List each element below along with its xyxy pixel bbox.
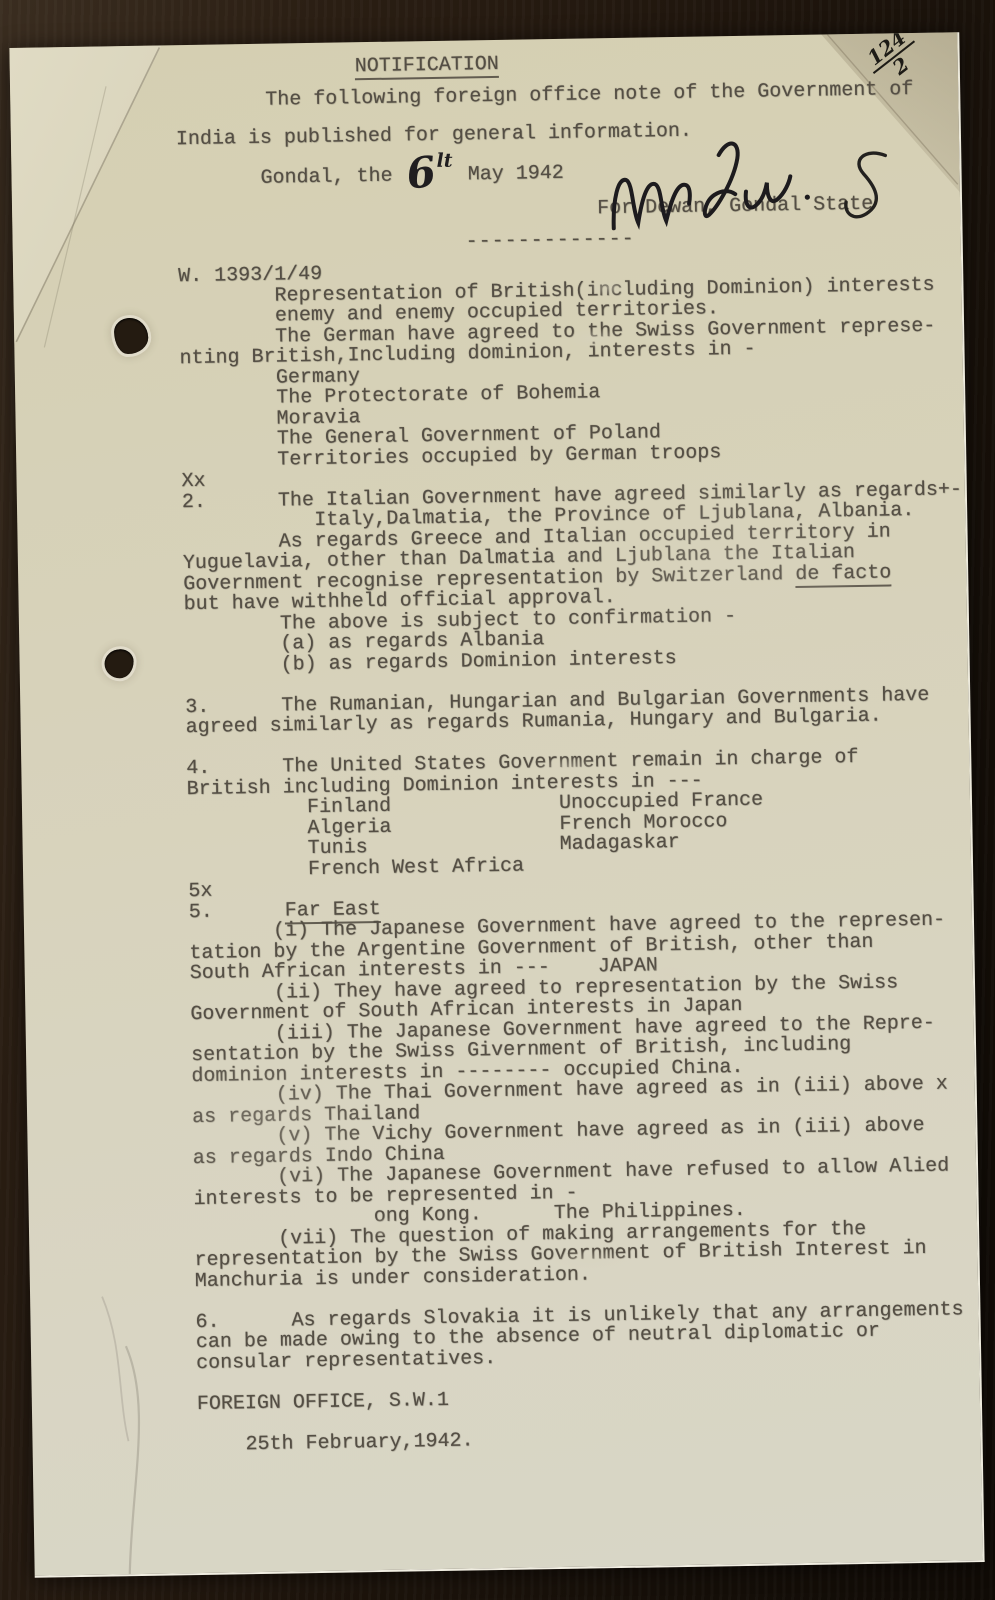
punch-hole (114, 318, 149, 355)
folded-corner (9, 45, 166, 343)
handwritten-day-suffix: lt (436, 142, 453, 180)
initial-mark (837, 145, 904, 232)
handwritten-day: 6 (407, 171, 436, 175)
signature-scribble (599, 133, 825, 255)
dateline-prefix: Gondal, the (260, 165, 392, 190)
punch-hole (104, 649, 133, 678)
document-page: 124 2 NOTIFICATION The following foreign… (9, 32, 984, 1578)
photo-of-document: { "colors": { "paper": "#d8d3bd", "backg… (0, 0, 995, 1600)
dateline-suffix: May 1942 (468, 162, 564, 187)
body-text: W. 1393/1/49 Representation of British(i… (178, 253, 985, 1456)
typed-text-block: NOTIFICATION The following foreign offic… (175, 43, 985, 1456)
